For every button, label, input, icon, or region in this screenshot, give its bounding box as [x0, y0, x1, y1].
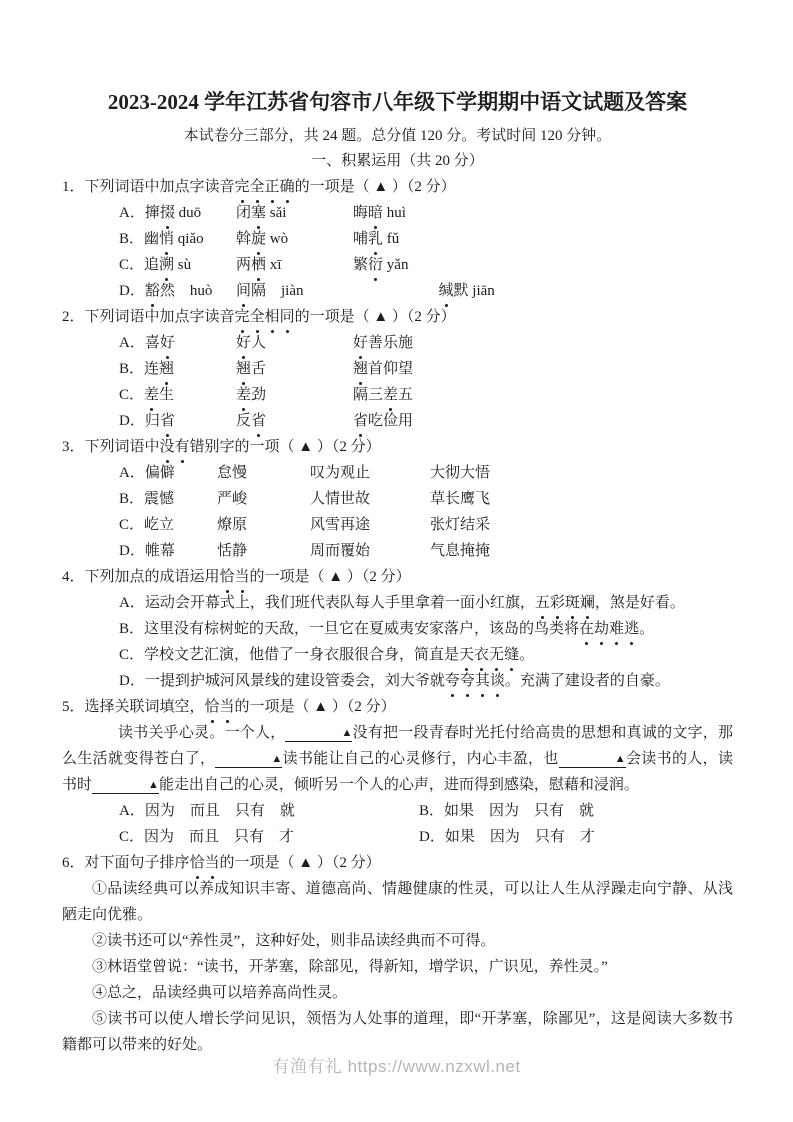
- question-stem: 5．选择关联词填空，恰当的一项是（ ▲ ）（2 分）: [62, 694, 733, 720]
- option-cell: D．如果 因为 只有 才: [419, 824, 719, 850]
- option-row: B．幽悄 qiǎo斡旋 wò哺乳 fǔ: [62, 226, 733, 252]
- option-cell: 人情世故: [310, 486, 430, 512]
- option-cell: 严峻: [217, 486, 310, 512]
- option-cell: 省吃俭用: [353, 408, 470, 434]
- section-heading: 一、积累运用（共 20 分）: [62, 149, 733, 174]
- answer-blank: ▲: [92, 778, 159, 794]
- question-block: 4．下列加点的成语运用恰当的一项是（ ▲ ）（2 分）A．运动会开幕式上，我们班…: [62, 564, 733, 694]
- option-cell: 哺乳 fǔ: [353, 226, 470, 252]
- option-row: D．归省反省省吃俭用: [62, 408, 733, 434]
- question-stem: 4．下列加点的成语运用恰当的一项是（ ▲ ）（2 分）: [62, 564, 733, 590]
- option-cell: C．差生: [119, 382, 236, 408]
- option-row: A．偏僻怠慢叹为观止大彻大悟: [62, 460, 733, 486]
- option-cell: 风雪再途: [310, 512, 430, 538]
- option-row: C．屹立燎原风雪再途张灯结采: [62, 512, 733, 538]
- option-cell: D．豁然 huò: [119, 278, 236, 304]
- option-line: C．学校文艺汇演，他借了一身衣服很合身，简直是天衣无缝。: [62, 642, 733, 668]
- question-passage: 读书关乎心灵。一个人，▲没有把一段青春时光托付给高贵的思想和真诚的文字，那么生活…: [62, 720, 733, 798]
- sentence-item: ④总之，品读经典可以培养高尚性灵。: [62, 980, 733, 1006]
- option-cell: C．因为 而且 只有 才: [119, 824, 419, 850]
- questions-container: 1．下列词语中加点字读音完全正确的一项是（ ▲ ）（2 分）A．撺掇 duō闭塞…: [62, 174, 733, 1058]
- option-cell: B．如果 因为 只有 就: [419, 798, 719, 824]
- question-block: 2．下列词语中加点字读音完全相同的一项是（ ▲ ）（2 分）A．喜好好人好善乐施…: [62, 304, 733, 434]
- option-cell: D．帷幕: [119, 538, 217, 564]
- option-pair-row: C．因为 而且 只有 才D．如果 因为 只有 才: [62, 824, 733, 850]
- option-cell: A．撺掇 duō: [119, 200, 236, 226]
- question-stem: 6．对下面句子排序恰当的一项是（ ▲ ）（2 分）: [62, 850, 733, 876]
- option-cell: 闭塞 sǎi: [236, 200, 353, 226]
- option-cell: 怠慢: [217, 460, 310, 486]
- question-block: 6．对下面句子排序恰当的一项是（ ▲ ）（2 分）①品读经典可以养成知识丰寄、道…: [62, 850, 733, 1058]
- option-row: D．豁然 huò间隔 jiàn 缄默 jiān: [62, 278, 733, 304]
- option-cell: B．连翘: [119, 356, 236, 382]
- option-row: B．连翘翘舌翘首仰望: [62, 356, 733, 382]
- option-cell: 张灯结采: [430, 512, 490, 538]
- option-cell: 好善乐施: [353, 330, 470, 356]
- option-cell: B．幽悄 qiǎo: [119, 226, 236, 252]
- option-cell: 差劲: [236, 382, 353, 408]
- option-cell: 气息掩掩: [430, 538, 490, 564]
- question-block: 3．下列词语中没有错别字的一项（ ▲ ）（2 分）A．偏僻怠慢叹为观止大彻大悟B…: [62, 434, 733, 564]
- exam-page: 2023-2024 学年江苏省句容市八年级下学期期中语文试题及答案 本试卷分三部…: [0, 0, 793, 1122]
- option-cell: 翘舌: [236, 356, 353, 382]
- option-cell: 叹为观止: [310, 460, 430, 486]
- answer-blank: ▲: [285, 726, 352, 742]
- footer-watermark: 有渔有礼 https://www.nzxwl.net: [0, 1054, 793, 1080]
- option-cell: 间隔 jiàn: [236, 278, 439, 304]
- option-row: D．帷幕恬静周而覆始气息掩掩: [62, 538, 733, 564]
- option-row: C．差生差劲隔三差五: [62, 382, 733, 408]
- option-cell: 缄默 jiān: [439, 278, 556, 304]
- option-cell: 草长鹰飞: [430, 486, 490, 512]
- question-stem: 1．下列词语中加点字读音完全正确的一项是（ ▲ ）（2 分）: [62, 174, 733, 200]
- option-cell: 斡旋 wò: [236, 226, 353, 252]
- option-cell: 恬静: [217, 538, 310, 564]
- option-cell: 好人: [236, 330, 353, 356]
- option-row: C．追溯 sù两栖 xī繁衍 yǎn: [62, 252, 733, 278]
- sentence-item: ②读书还可以“养性灵”，这种好处，则非品读经典而不可得。: [62, 928, 733, 954]
- option-cell: D．归省: [119, 408, 236, 434]
- option-cell: 大彻大悟: [430, 460, 490, 486]
- sentence-item: ①品读经典可以养成知识丰寄、道德高尚、情趣健康的性灵，可以让人生从浮躁走向宁静、…: [62, 876, 733, 928]
- sentence-item: ③林语堂曾说：“读书，开茅塞，除部见，得新知，增学识，广识见，养性灵。”: [62, 954, 733, 980]
- option-line: A．运动会开幕式上，我们班代表队每人手里拿着一面小红旗，五彩斑斓，煞是好看。: [62, 590, 733, 616]
- option-cell: 繁衍 yǎn: [353, 252, 470, 278]
- doc-title: 2023-2024 学年江苏省句容市八年级下学期期中语文试题及答案: [62, 88, 733, 116]
- option-cell: C．屹立: [119, 512, 217, 538]
- option-cell: 两栖 xī: [236, 252, 353, 278]
- option-cell: 晦暗 huì: [353, 200, 470, 226]
- option-row: B．震憾严峻人情世故草长鹰飞: [62, 486, 733, 512]
- option-cell: B．震憾: [119, 486, 217, 512]
- option-cell: 翘首仰望: [353, 356, 470, 382]
- option-row: A．喜好好人好善乐施: [62, 330, 733, 356]
- option-pair-row: A．因为 而且 只有 就B．如果 因为 只有 就: [62, 798, 733, 824]
- option-cell: C．追溯 sù: [119, 252, 236, 278]
- exam-info: 本试卷分三部分，共 24 题。总分值 120 分。考试时间 120 分钟。: [62, 124, 733, 149]
- question-stem: 2．下列词语中加点字读音完全相同的一项是（ ▲ ）（2 分）: [62, 304, 733, 330]
- question-block: 5．选择关联词填空，恰当的一项是（ ▲ ）（2 分）读书关乎心灵。一个人，▲没有…: [62, 694, 733, 850]
- answer-blank: ▲: [559, 752, 626, 768]
- option-cell: 周而覆始: [310, 538, 430, 564]
- option-line: D．一提到护城河风景线的建设管委会，刘大爷就夸夸其谈。充满了建设者的自豪。: [62, 668, 733, 694]
- option-line: B．这里没有棕树蛇的天敌，一旦它在夏威夷安家落户，该岛的鸟类将在劫难逃。: [62, 616, 733, 642]
- option-cell: A．因为 而且 只有 就: [119, 798, 419, 824]
- option-cell: 隔三差五: [353, 382, 470, 408]
- question-stem: 3．下列词语中没有错别字的一项（ ▲ ）（2 分）: [62, 434, 733, 460]
- option-row: A．撺掇 duō闭塞 sǎi晦暗 huì: [62, 200, 733, 226]
- option-cell: 反省: [236, 408, 353, 434]
- question-block: 1．下列词语中加点字读音完全正确的一项是（ ▲ ）（2 分）A．撺掇 duō闭塞…: [62, 174, 733, 304]
- option-cell: A．喜好: [119, 330, 236, 356]
- option-cell: A．偏僻: [119, 460, 217, 486]
- option-cell: 燎原: [217, 512, 310, 538]
- answer-blank: ▲: [215, 752, 282, 768]
- sentence-item: ⑤读书可以使人增长学问见识，领悟为人处事的道理，即“开茅塞，除鄙见”，这是阅读大…: [62, 1006, 733, 1058]
